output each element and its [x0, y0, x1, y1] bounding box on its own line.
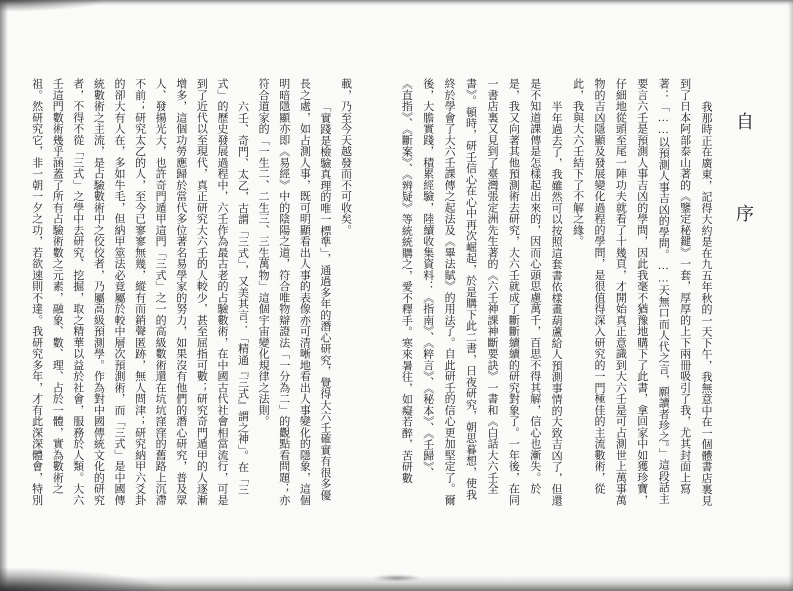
scan-edge-left [0, 0, 8, 591]
text-column: 半年過去了，我雖然可以按照這套書依樣畫葫蘆給人預測事情的大致吉凶了，但還 [545, 78, 566, 559]
text-column: 是不知道課傳是怎樣起出來的，因而心頭思慮萬千，百思不得其解，信心也漸失。於 [523, 78, 544, 536]
text-column: 終於學會了大六壬課傳之起法及《畢法賦》的用法了。自此研壬的信心更加堅定了。爾 [438, 78, 459, 536]
text-column: 統數術之主流，是占驗數術中之佼佼者，乃屬高級預測學。作為對中國傳統文化的研究 [88, 78, 109, 536]
text-column: 書》。頓時，研壬信心在心中再次崛起，於是購下此二書，日夜研究，朝思暮想，使我 [459, 78, 480, 536]
text-column: 載，乃至今天越發而不可收矣。 [335, 78, 356, 536]
scanned-book-page: 自序 我那時正在廣東，記得大約是在九五年秋的一天下午，我無意中在一個體書店裏見 … [0, 0, 793, 591]
text-column: 「實踐是檢驗真理的唯一標準」，通過多年的潛心研究，覺得大六壬確實有很多優 [314, 78, 335, 559]
text-column: 人、發揚光大，也許奇門遁甲這門「三式」之一的高級數術還在坑坑窪窪的舊路上沉滯 [150, 78, 171, 536]
text-column: 一書店裏又見到了臺灣張定洲先生著的《六壬神課神斷要訣》一書和《白話大六壬全 [481, 78, 502, 536]
text-column: 祖。然研究它，非一朝一夕之功，若欲速則不達。我研究多年，才有此深深體會，特別 [26, 78, 47, 536]
text-column: 壬這門數術幾乎涵蓋了所有占驗術數之元素，融象、數、理、占於一體，實為數術之 [47, 78, 68, 536]
scan-smudge [372, 575, 422, 581]
preface-title: 自序 [730, 78, 757, 570]
text-column: 我那時正在廣東，記得大約是在九五年秋的一天下午，我無意中在一個體書店裏見 [695, 78, 716, 559]
text-column: 明暗隱顯亦即《易經》中的陰陽之道，符合唯物辯證法「一分為二」的觀點看問題；亦 [273, 78, 294, 536]
text-column: 六壬、奇門、太乙，古謂「三式」，又美其言：「精通『三式』謂之神」。在「三 [232, 78, 253, 559]
text-column: 仔細地從頭至尾一陣功夫就看了十幾頁，才開始真正意識到大六壬是可占測世上萬事萬 [609, 78, 630, 536]
text-column: 者，不得不從「三式」之學中去研究、挖掘，取之精華以益於社會，服務於人類。大六 [67, 78, 88, 536]
scan-edge-right [788, 0, 793, 591]
text-column: 要言六壬是預測人事吉凶的學問，因此我毫不猶豫地購下了此書，拿回家中如獲珍寶， [630, 78, 651, 536]
text-column: 到了近代以至現代，真正研究大六壬的人較少，甚至屈指可數；研究奇門遁甲的人逐漸 [191, 78, 212, 536]
text-column: 物的吉凶隱顯及發展變化過程的學問，是很值得深入研究的一門極佳的主流數術，從 [588, 78, 609, 536]
text-column: 式」的歷史發展過程中，六壬作為最古老的占驗數術，在中國古代社會相當流行，可是 [211, 78, 232, 536]
text-column: 後，大膽實踐，積累經驗，陸續收集資料：《指南》、《粹言》、《秘本》、《壬歸》、 [416, 78, 437, 536]
text-column: 到了日本阿部泰山著的《鑒定秘鍵》一套，厚厚的上下兩冊吸引了我，尤其封面上寫 [673, 78, 694, 536]
text-column: 不前；研究太乙的人，至今已寥寥無幾，縱有而銷聲匿跡，無人問津；研究納甲六爻卦 [129, 78, 150, 536]
text-column: 是，我又向著其他預測術去研究，大六壬就成了斷斷續續的研究對象了。一年後，在同 [502, 78, 523, 536]
scan-corner-top-left [0, 0, 110, 12]
right-page-text: 自序 我那時正在廣東，記得大約是在九五年秋的一天下午，我無意中在一個體書店裏見 … [395, 78, 757, 570]
scan-edge-top [0, 0, 793, 6]
text-column: 增多，這個功勞應歸於當代多位著名易學家的努力，如果沒有他們的潛心研究，普及眾 [170, 78, 191, 536]
text-column: 長之處，如占測人事，既可明顯看出人事的表像亦可清晰地看出人事變化的隱象，這個 [294, 78, 315, 536]
left-page-text: 載，乃至今天越發而不可收矣。 「實踐是檢驗真理的唯一標準」，通過多年的潛心研究，… [26, 78, 356, 559]
text-column: 著：「……以預測人事吉凶的學問。……天無口而人代之言，願讀者珍之。」這段話主 [652, 78, 673, 536]
text-column: 《直指》、《斷案》、《辨疑》等統統購之，愛不釋手。寒來暑往，如癡若醉，苦研數 [395, 78, 416, 536]
text-column: 符合道家的「一生二、二生三、三生萬物」這個宇宙變化規律之法則。 [253, 78, 274, 536]
scan-corner-bottom-left [0, 567, 170, 591]
text-column: 此，我與大六壬結下了不解之緣。 [566, 78, 587, 536]
text-column: 的卻大有人在，多如牛毛，但納甲筮法必竟屬於較中層次預測術，而「三式」是中國傳 [108, 78, 129, 536]
